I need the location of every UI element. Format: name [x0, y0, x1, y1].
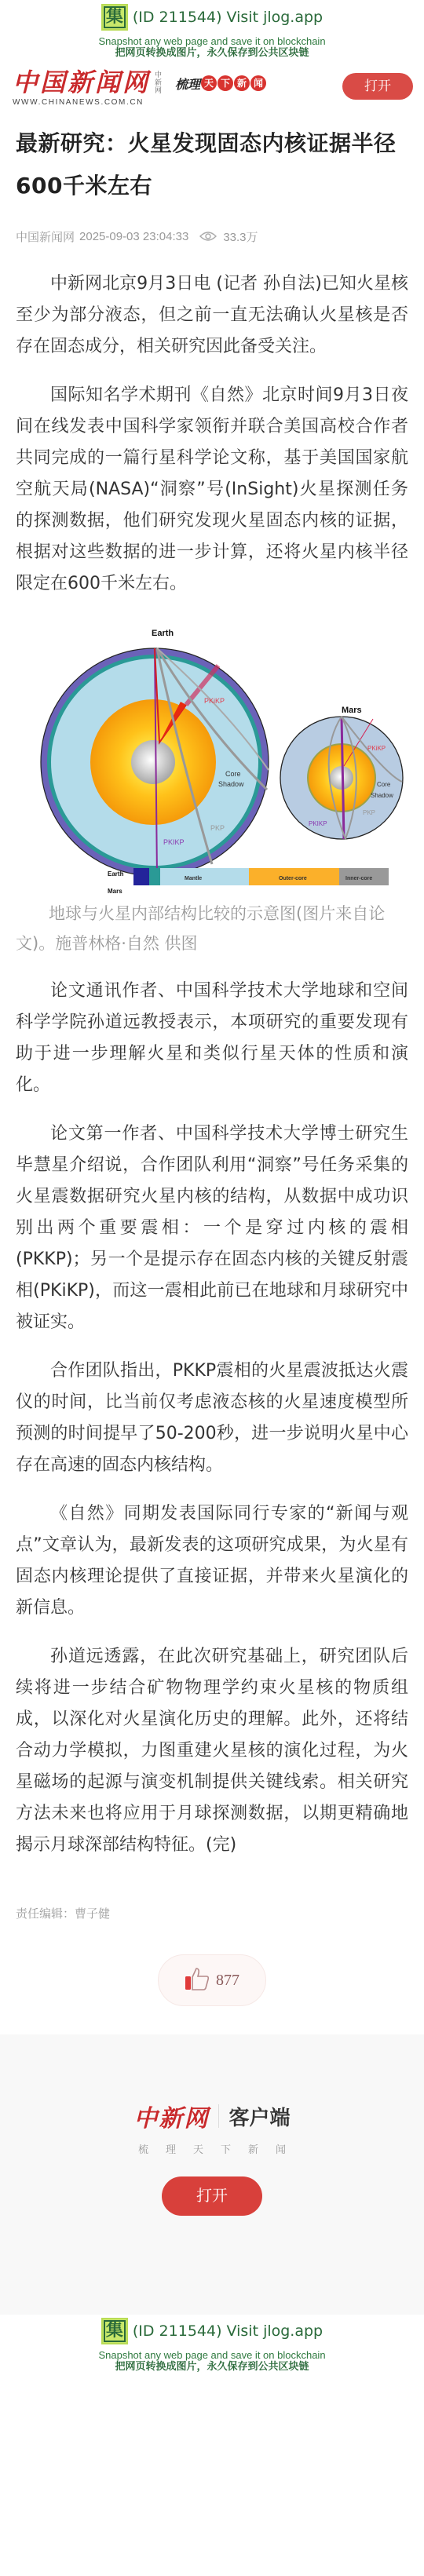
svg-text:PKIKP: PKIKP	[163, 838, 185, 846]
svg-text:PKIKP: PKIKP	[309, 820, 327, 827]
svg-text:PKiKP: PKiKP	[367, 745, 386, 752]
svg-text:Outer-core: Outer-core	[279, 876, 307, 881]
svg-text:Mars: Mars	[108, 888, 122, 895]
jlog-banner-bottom: 集 (ID 211544) Visit jlog.app Snapshot an…	[0, 2315, 424, 2378]
jlog-badge-icon: 集	[101, 4, 128, 31]
article-source: 中国新闻网	[16, 228, 75, 245]
svg-text:Mantle: Mantle	[185, 876, 202, 881]
svg-text:PKiKP: PKiKP	[204, 697, 225, 705]
article-meta: 中国新闻网 2025-09-03 23:04:33 33.3万	[16, 226, 408, 246]
svg-text:Core: Core	[377, 781, 391, 788]
article-paragraph: 孙道远透露，在此次研究基础上，研究团队后续将进一步结合矿物物理学约束火星核的物质…	[16, 1641, 408, 1861]
jlog-subtitle-en: Snapshot any web page and save it on blo…	[0, 2349, 424, 2361]
article-paragraph: 论文第一作者、中国科学技术大学博士研究生毕慧星介绍说，合作团队利用“洞察”号任务…	[16, 1118, 408, 1338]
jlog-title[interactable]: (ID 211544) Visit jlog.app	[133, 2322, 323, 2340]
jlog-banner-top: 集 (ID 211544) Visit jlog.app Snapshot an…	[0, 0, 424, 63]
svg-text:Shadow: Shadow	[218, 780, 244, 788]
jlog-subtitle-cn: 把网页转换成图片，永久保存到公共区块链	[0, 2361, 424, 2373]
site-header: 中国新闻网 中新网 WWW.CHINANEWS.COM.CN 梳理 天 下 新 …	[0, 63, 424, 111]
article: 最新研究：火星发现固态内核证据半径600千米左右 中国新闻网 2025-09-0…	[0, 122, 424, 2006]
header-slogan: 梳理 天 下 新 闻	[175, 75, 266, 93]
promo-open-button[interactable]: 打开	[162, 2176, 262, 2216]
like-count: 877	[216, 1972, 239, 1990]
jlog-subtitle-en: Snapshot any web page and save it on blo…	[0, 35, 424, 47]
chinanews-logo[interactable]: 中国新闻网 中新网 WWW.CHINANEWS.COM.CN	[13, 68, 163, 107]
thumbs-up-icon	[185, 1967, 210, 1994]
article-paragraph: 合作团队指出，PKKP震相的火星震波抵达火震仪的时间，比当前仅考虑液态核的火星速…	[16, 1356, 408, 1481]
logo-side-text: 中新网	[155, 71, 163, 95]
logo-text: 中国新闻网	[13, 68, 150, 97]
article-paragraph: 中新网北京9月3日电 (记者 孙自法)已知火星核至少为部分液态，但之前一直无法确…	[16, 268, 408, 363]
promo-client-label: 客户端	[228, 2102, 290, 2131]
like-button[interactable]: 877	[158, 1954, 266, 2006]
article-title: 最新研究：火星发现固态内核证据半径600千米左右	[16, 122, 408, 207]
svg-text:PKP: PKP	[210, 824, 225, 832]
figure-caption: 地球与火星内部结构比较的示意图(图片来自论文)。施普林格·自然 供图	[16, 899, 408, 958]
view-count: 33.3万	[223, 228, 258, 245]
responsible-editor: 责任编辑：曹子健	[16, 1905, 408, 1921]
article-paragraph: 国际知名学术期刊《自然》北京时间9月3日夜间在线发表中国科学家领衔并联合美国高校…	[16, 380, 408, 600]
promo-slogan: 梳理天下新闻	[17, 2141, 424, 2156]
logo-url: WWW.CHINANEWS.COM.CN	[13, 98, 163, 107]
svg-text:PKP: PKP	[363, 809, 375, 816]
svg-text:Core: Core	[225, 770, 241, 778]
open-app-button[interactable]: 打开	[342, 73, 413, 100]
jlog-title[interactable]: (ID 211544) Visit jlog.app	[133, 9, 323, 26]
jlog-badge-icon: 集	[101, 2318, 128, 2344]
article-datetime: 2025-09-03 23:04:33	[79, 230, 188, 243]
svg-text:Earth: Earth	[108, 870, 124, 878]
svg-text:Earth: Earth	[152, 629, 174, 638]
article-paragraph: 论文通讯作者、中国科学技术大学地球和空间科学学院孙道远教授表示，本项研究的重要发…	[16, 976, 408, 1101]
svg-text:Shadow: Shadow	[371, 792, 393, 799]
promo-logo: 中新网	[133, 2099, 209, 2133]
earth-mars-structure-figure[interactable]: Earth PKiKP Core Shadow PKP PKIKP Mars	[16, 617, 408, 896]
svg-text:Mars: Mars	[342, 706, 362, 715]
article-paragraph: 《自然》同期发表国际同行专家的“新闻与观点”文章认为，最新发表的这项研究成果，为…	[16, 1498, 408, 1624]
eye-icon	[199, 231, 217, 242]
app-promo: 中新网 客户端 梳理天下新闻 打开	[0, 2034, 424, 2315]
promo-divider	[218, 2104, 219, 2128]
jlog-subtitle-cn: 把网页转换成图片，永久保存到公共区块链	[0, 47, 424, 60]
svg-text:Inner-core: Inner-core	[345, 876, 372, 881]
